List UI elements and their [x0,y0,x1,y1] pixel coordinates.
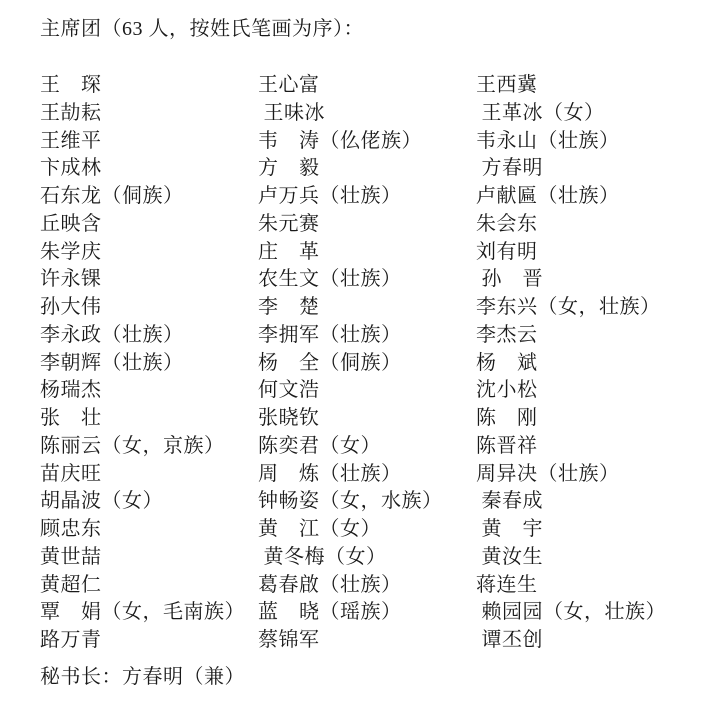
member-name: 朱元赛 [258,211,476,239]
member-name: 石东龙（侗族） [40,183,258,211]
member-name: 卞成林 [40,155,258,183]
member-name: 蔡锦军 [258,627,476,655]
member-name: 葛春啟（壮族） [258,572,476,600]
member-name: 蓝 晓（瑶族） [258,599,476,627]
member-row: 王维平韦 涛（仫佬族）韦永山（壮族） [40,128,714,156]
member-name: 王维平 [40,128,258,156]
member-name: 黄世喆 [40,544,258,572]
member-name: 沈小松 [476,377,714,405]
member-name: 方 毅 [258,155,476,183]
member-name: 孙大伟 [40,294,258,322]
member-name: 黄冬梅（女） [258,544,476,572]
member-name: 韦永山（壮族） [476,128,714,156]
member-name: 李东兴（女，壮族） [476,294,714,322]
member-row: 杨瑞杰何文浩沈小松 [40,377,714,405]
member-name: 方春明 [476,155,714,183]
member-name: 黄 江（女） [258,516,476,544]
member-name: 朱学庆 [40,239,258,267]
member-name: 张晓钦 [258,405,476,433]
member-name: 何文浩 [258,377,476,405]
member-name: 李拥军（壮族） [258,322,476,350]
member-name: 陈丽云（女，京族） [40,433,258,461]
section-title: 主席团（63 人，按姓氏笔画为序）： [40,16,714,42]
member-row: 路万青蔡锦军 谭丕创 [40,627,714,655]
member-name: 周异决（壮族） [476,461,714,489]
presidium-name-list: 王 琛王心富王西冀王劼耘 王味冰 王革冰（女）王维平韦 涛（仫佬族）韦永山（壮族… [40,72,714,655]
member-name: 王西冀 [476,72,714,100]
member-name: 王味冰 [258,100,476,128]
member-name: 丘映含 [40,211,258,239]
member-name: 周 炼（壮族） [258,461,476,489]
member-name: 黄 宇 [476,516,714,544]
member-name: 杨 全（侗族） [258,350,476,378]
member-name: 韦 涛（仫佬族） [258,128,476,156]
member-row: 胡晶波（女）钟畅姿（女，水族） 秦春成 [40,488,714,516]
member-name: 许永锞 [40,266,258,294]
member-row: 卞成林方 毅 方春明 [40,155,714,183]
member-name: 谭丕创 [476,627,714,655]
member-name: 苗庆旺 [40,461,258,489]
member-name: 覃 娟（女，毛南族） [40,599,258,627]
member-name: 孙 晋 [476,266,714,294]
member-name: 王 琛 [40,72,258,100]
member-name: 路万青 [40,627,258,655]
member-name: 陈奕君（女） [258,433,476,461]
member-name: 朱会东 [476,211,714,239]
member-name: 陈晋祥 [476,433,714,461]
member-name: 张 壮 [40,405,258,433]
member-name: 王革冰（女） [476,100,714,128]
member-name: 王劼耘 [40,100,258,128]
member-name: 李 楚 [258,294,476,322]
member-row: 李永政（壮族）李拥军（壮族）李杰云 [40,322,714,350]
member-name: 李永政（壮族） [40,322,258,350]
member-name: 胡晶波（女） [40,488,258,516]
member-name: 李杰云 [476,322,714,350]
member-name: 王心富 [258,72,476,100]
member-name: 赖园园（女，壮族） [476,599,714,627]
member-name: 蒋连生 [476,572,714,600]
member-row: 黄超仁葛春啟（壮族）蒋连生 [40,572,714,600]
member-row: 孙大伟李 楚李东兴（女，壮族） [40,294,714,322]
member-row: 覃 娟（女，毛南族）蓝 晓（瑶族） 赖园园（女，壮族） [40,599,714,627]
member-row: 朱学庆庄 革刘有明 [40,239,714,267]
member-row: 石东龙（侗族）卢万兵（壮族）卢献匾（壮族） [40,183,714,211]
member-name: 卢献匾（壮族） [476,183,714,211]
member-row: 丘映含朱元赛朱会东 [40,211,714,239]
member-name: 秦春成 [476,488,714,516]
member-row: 张 壮张晓钦陈 刚 [40,405,714,433]
member-name: 刘有明 [476,239,714,267]
member-row: 许永锞农生文（壮族） 孙 晋 [40,266,714,294]
member-name: 农生文（壮族） [258,266,476,294]
member-name: 庄 革 [258,239,476,267]
secretary-general-line: 秘书长：方春明（兼） [40,664,714,690]
member-row: 苗庆旺周 炼（壮族）周异决（壮族） [40,461,714,489]
member-row: 顾忠东黄 江（女） 黄 宇 [40,516,714,544]
member-name: 杨瑞杰 [40,377,258,405]
document-page: 主席团（63 人，按姓氏笔画为序）： 王 琛王心富王西冀王劼耘 王味冰 王革冰（… [0,0,714,706]
member-name: 黄汝生 [476,544,714,572]
member-name: 黄超仁 [40,572,258,600]
member-name: 卢万兵（壮族） [258,183,476,211]
member-row: 李朝辉（壮族）杨 全（侗族）杨 斌 [40,350,714,378]
member-name: 陈 刚 [476,405,714,433]
member-name: 顾忠东 [40,516,258,544]
member-row: 王 琛王心富王西冀 [40,72,714,100]
member-name: 李朝辉（壮族） [40,350,258,378]
member-row: 黄世喆 黄冬梅（女） 黄汝生 [40,544,714,572]
member-row: 王劼耘 王味冰 王革冰（女） [40,100,714,128]
member-name: 杨 斌 [476,350,714,378]
member-row: 陈丽云（女，京族）陈奕君（女）陈晋祥 [40,433,714,461]
member-name: 钟畅姿（女，水族） [258,488,476,516]
